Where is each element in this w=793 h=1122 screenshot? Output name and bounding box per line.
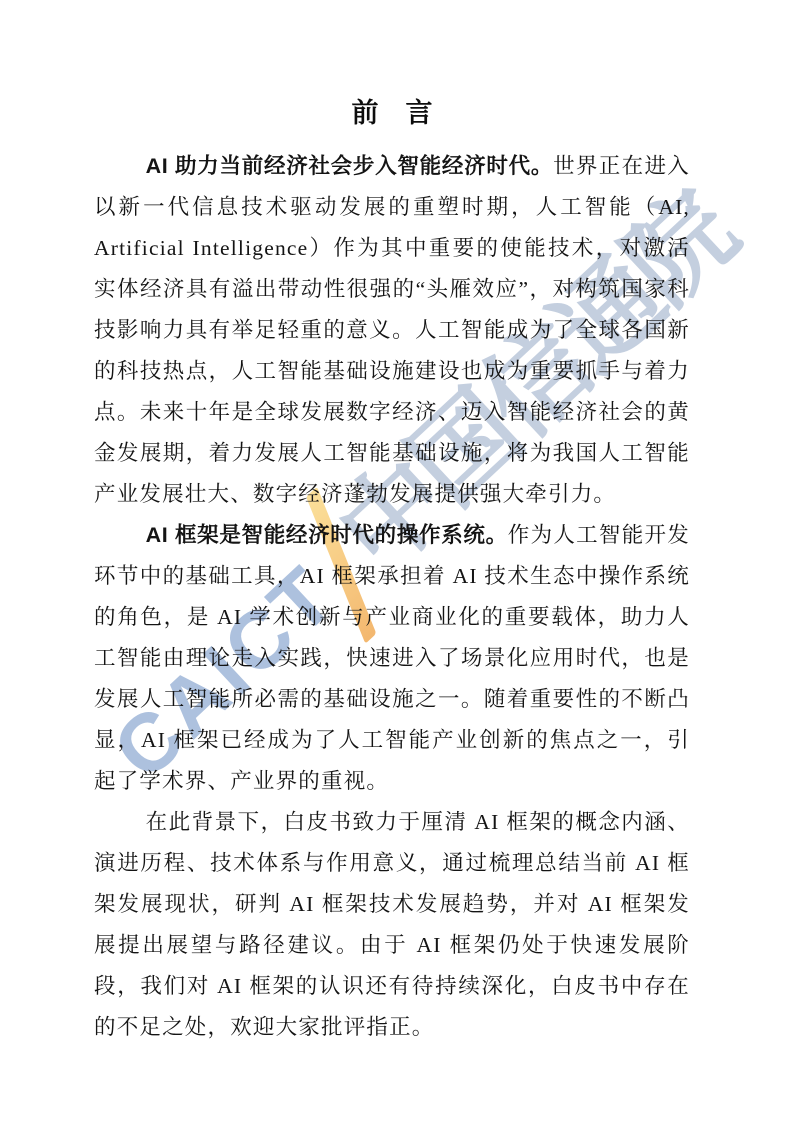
paragraph-3: 在此背景下，白皮书致力于厘清 AI 框架的概念内涵、演进历程、技术体系与作用意义… xyxy=(94,802,690,1048)
paragraph-1-body-text: 世界正在进入以新一代信息技术驱动发展的重塑时期，人工智能（AI, Artific… xyxy=(94,154,690,506)
paragraph-2-lead-sentence: AI 框架是智能经济时代的操作系统。 xyxy=(146,523,508,547)
page-title: 前 言 xyxy=(94,96,690,130)
document-page: CAICT 中国信通院 前 言 AI 助力当前经济社会步入智能经济时代。世界正在… xyxy=(0,0,793,1122)
document-content: 前 言 AI 助力当前经济社会步入智能经济时代。世界正在进入以新一代信息技术驱动… xyxy=(0,0,793,1048)
paragraph-2-body-text: 作为人工智能开发环节中的基础工具，AI 框架承担着 AI 技术生态中操作系统的角… xyxy=(94,523,690,793)
paragraph-3-body-text: 在此背景下，白皮书致力于厘清 AI 框架的概念内涵、演进历程、技术体系与作用意义… xyxy=(94,810,690,1039)
paragraph-2: AI 框架是智能经济时代的操作系统。作为人工智能开发环节中的基础工具，AI 框架… xyxy=(94,515,690,802)
paragraph-1-lead-sentence: AI 助力当前经济社会步入智能经济时代。 xyxy=(146,154,554,178)
document-body: AI 助力当前经济社会步入智能经济时代。世界正在进入以新一代信息技术驱动发展的重… xyxy=(94,146,690,1048)
paragraph-1: AI 助力当前经济社会步入智能经济时代。世界正在进入以新一代信息技术驱动发展的重… xyxy=(94,146,690,515)
